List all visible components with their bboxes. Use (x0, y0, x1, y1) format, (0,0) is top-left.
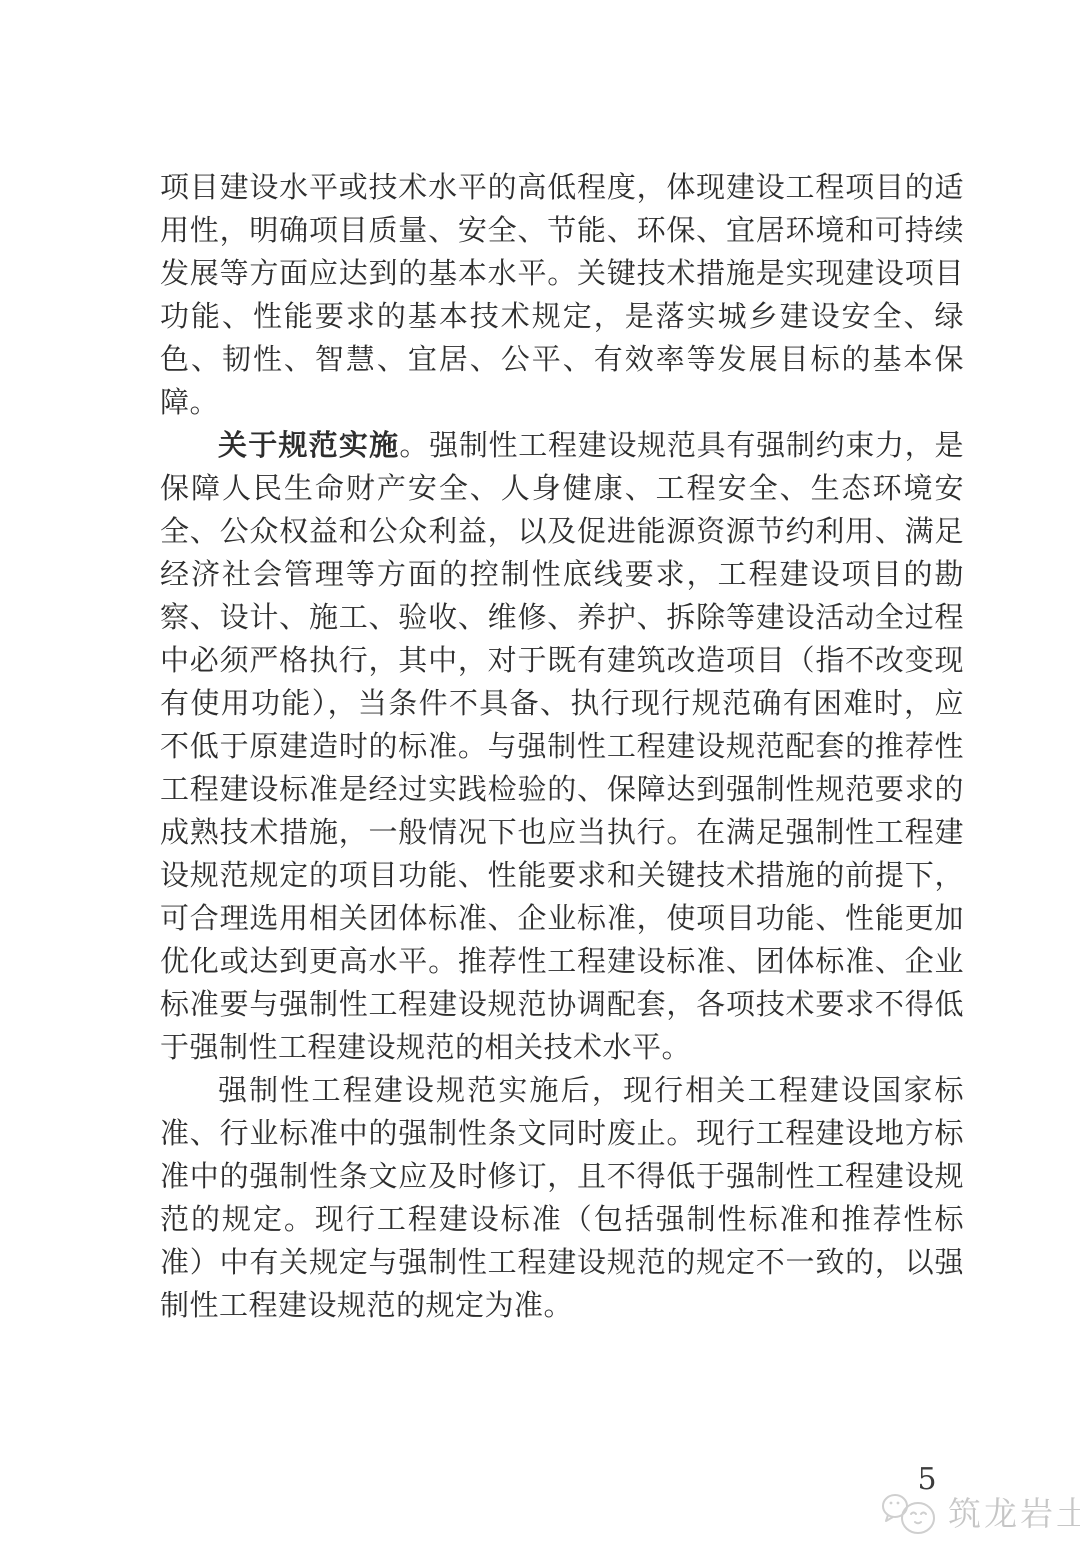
paragraph-text: 强制性工程建设规范实施后，现行相关工程建设国家标准、行业标准中的强制性条文同时废… (160, 1073, 964, 1322)
watermark-text: 筑龙岩土 (948, 1490, 1080, 1538)
paragraph: 项目建设水平或技术水平的高低程度，体现建设工程项目的适用性，明确项目质量、安全、… (160, 166, 964, 424)
paragraph-lead-bold: 关于规范实施 (218, 428, 399, 462)
watermark: 筑龙岩土 (880, 1490, 1080, 1538)
paragraph: 关于规范实施。强制性工程建设规范具有强制约束力，是保障人民生命财产安全、人身健康… (160, 424, 964, 1069)
document-page: 项目建设水平或技术水平的高低程度，体现建设工程项目的适用性，明确项目质量、安全、… (0, 0, 1080, 1564)
page-number: 5 (900, 1462, 954, 1497)
page-body-text: 项目建设水平或技术水平的高低程度，体现建设工程项目的适用性，明确项目质量、安全、… (160, 166, 964, 1327)
paragraph: 强制性工程建设规范实施后，现行相关工程建设国家标准、行业标准中的强制性条文同时废… (160, 1069, 964, 1327)
paragraph-text: 。强制性工程建设规范具有强制约束力，是保障人民生命财产安全、人身健康、工程安全、… (160, 428, 964, 1064)
paragraph-text: 项目建设水平或技术水平的高低程度，体现建设工程项目的适用性，明确项目质量、安全、… (160, 170, 964, 419)
zhulong-panda-logo-icon (880, 1490, 942, 1538)
